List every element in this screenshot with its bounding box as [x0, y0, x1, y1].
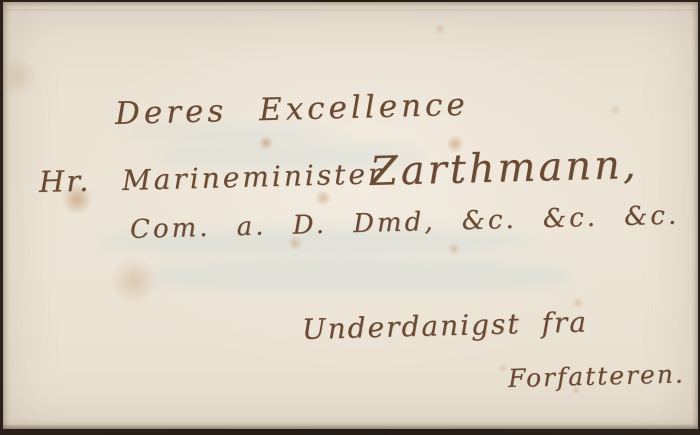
dedication-closing: Underdanigst fra — [302, 306, 589, 346]
foxing-spot — [108, 258, 160, 304]
foxing-spot — [498, 364, 508, 373]
foxing-spot — [258, 136, 274, 150]
foxing-spot — [314, 190, 332, 206]
dedication-minister-title: Marineminister — [122, 157, 385, 197]
dedication-signature-author: Forfatteren. — [508, 359, 686, 393]
dedication-honorific: Hr. — [39, 164, 91, 199]
foxing-spot — [447, 243, 461, 256]
dedication-line-excellence: Deres Excellence — [115, 87, 470, 132]
foxing-spot — [608, 104, 622, 116]
book-photo: Deres Excellence Hr. Marineminister Zart… — [0, 0, 700, 435]
dedication-recipient-name: Zarthmann, — [369, 142, 639, 195]
print-showthrough-band — [143, 259, 575, 293]
book-page: Deres Excellence Hr. Marineminister Zart… — [3, 2, 698, 429]
foxing-spot — [3, 56, 39, 96]
foxing-spot — [434, 24, 446, 34]
